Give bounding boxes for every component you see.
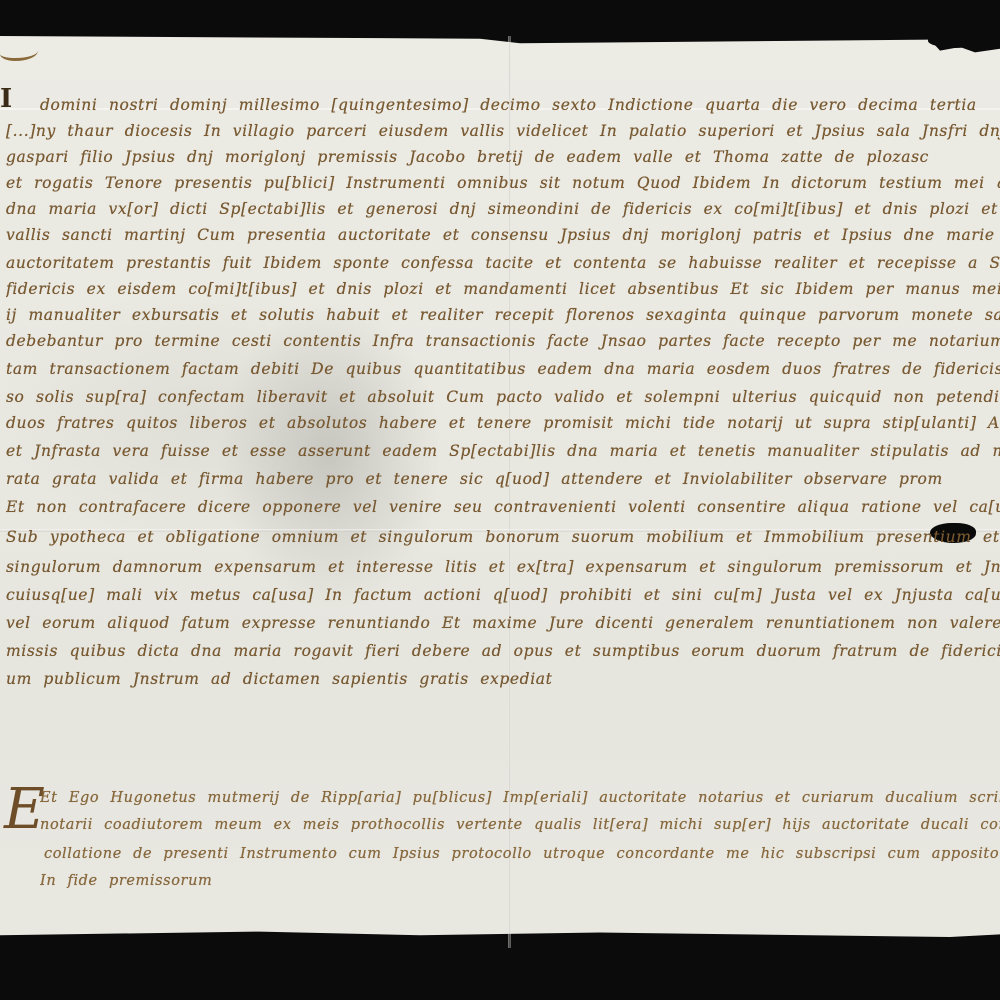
body-line: auctoritatem prestantis fuit Ibidem spon… [6, 254, 1000, 272]
body-line: um publicum Jnstrum ad dictamen sapienti… [6, 670, 552, 688]
body-line: singulorum damnorum expensarum et intere… [6, 558, 1000, 576]
body-line: Et non contrafacere dicere opponere vel … [6, 498, 1000, 516]
body-line: cuiusq[ue] mali vix metus ca[usa] In fac… [6, 586, 1000, 604]
body-line: et rogatis Tenore presentis pu[blici] In… [6, 174, 1000, 192]
body-line: gaspari filio Jpsius dnj moriglonj premi… [6, 148, 929, 166]
body-line: vallis sancti martinj Cum presentia auct… [6, 226, 1000, 244]
body-line: duos fratres quitos liberos et absolutos… [6, 414, 1000, 432]
body-line: rata grata valida et firma habere pro et… [6, 470, 943, 488]
decorated-initial: I [0, 84, 16, 114]
subscription-line: notarii coadiutorem meum ex meis prothoc… [40, 817, 1000, 833]
body-line: ij manualiter exbursatis et solutis habu… [6, 306, 1000, 324]
body-line: dna maria vx[or] dicti Sp[ectabi]lis et … [6, 200, 1000, 218]
body-line: debebantur pro termine cesti contentis I… [6, 332, 1000, 350]
body-line: domini nostri dominj millesimo [quingent… [40, 96, 977, 114]
body-line: so solis sup[ra] confectam liberavit et … [6, 388, 1000, 406]
parchment-sheet [0, 36, 1000, 948]
body-line: Sub ypotheca et obligatione omnium et si… [6, 528, 1000, 546]
body-line: [...]ny thaur diocesis In villagio parce… [6, 122, 1000, 140]
body-line: et Jnfrasta vera fuisse et esse asserunt… [6, 442, 1000, 460]
body-line: fidericis ex eisdem co[mi]t[ibus] et dni… [6, 280, 1000, 298]
body-line: tam transactionem factam debiti De quibu… [6, 360, 1000, 378]
subscription-line: collatione de presenti Instrumento cum I… [44, 846, 1000, 862]
subscription-initial: E [4, 782, 45, 838]
body-line: vel eorum aliquod fatum expresse renunti… [6, 614, 1000, 632]
subscription-line: Et Ego Hugonetus mutmerij de Ripp[aria] … [40, 790, 1000, 806]
fold-crease-vertical [508, 36, 511, 948]
subscription-line: In fide premissorum [40, 873, 212, 889]
body-line: missis quibus dicta dna maria rogavit fi… [6, 642, 1000, 660]
